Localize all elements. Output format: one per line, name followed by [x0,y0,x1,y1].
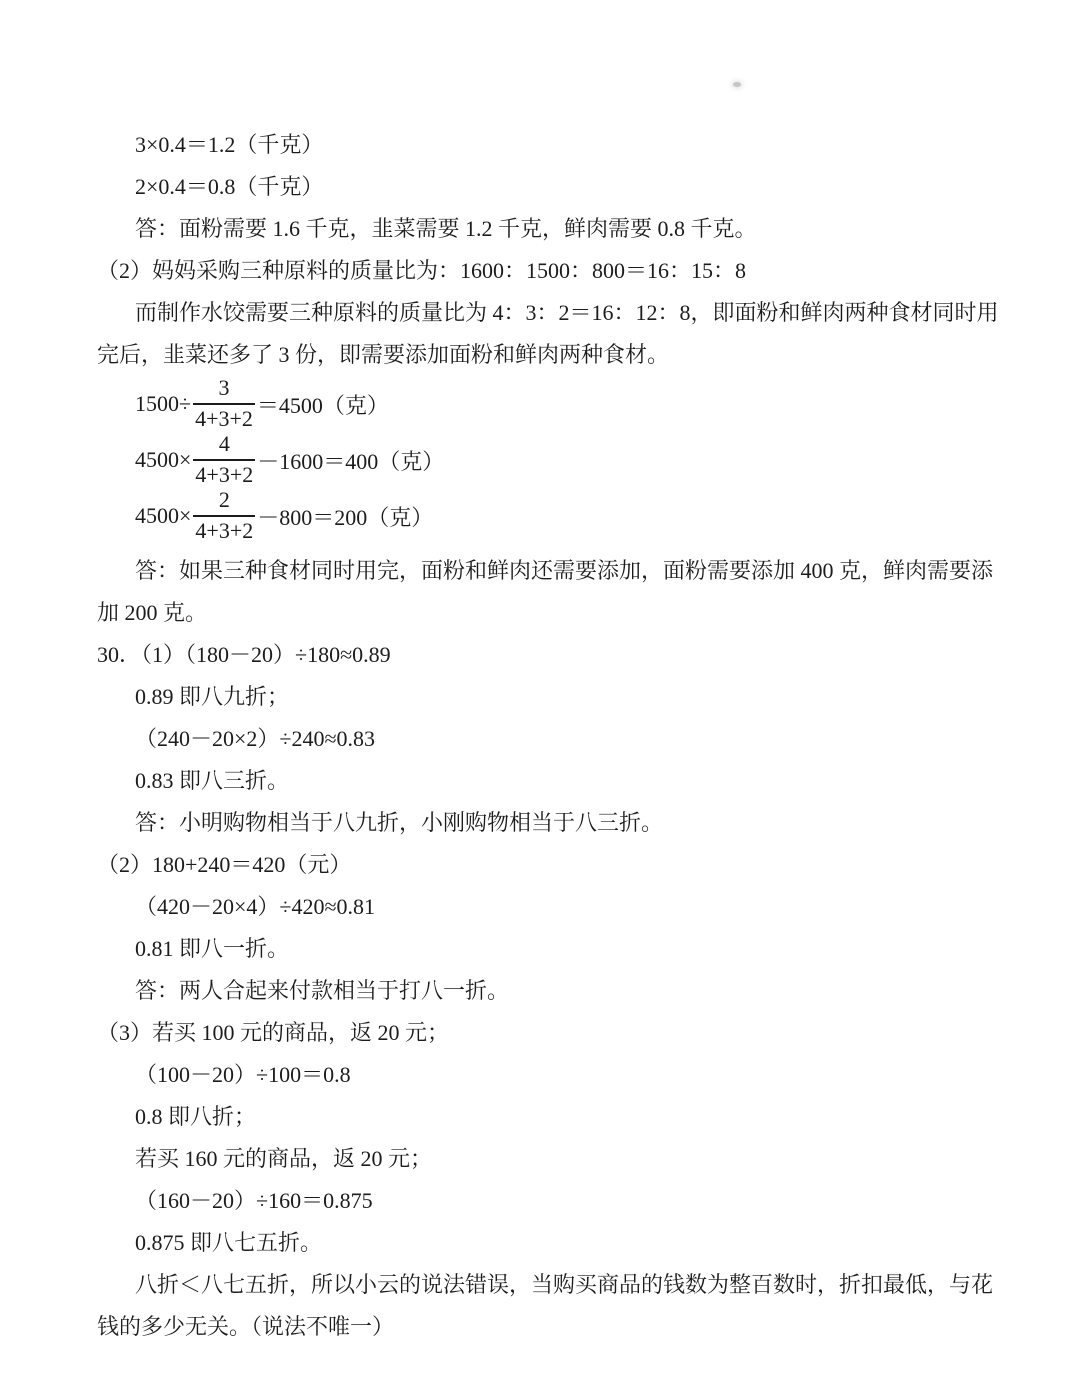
equation-prefix: 4500× [135,503,191,529]
fraction-equation-line: 4500× 4 4+3+2 －1600＝400（克） [97,432,1022,488]
result-line: 0.875 即八七五折。 [97,1222,1022,1264]
fraction-equation-line: 4500× 2 4+3+2 －800＝200（克） [97,488,1022,544]
fraction-denominator: 4+3+2 [193,405,255,432]
equation-line: （160－20）÷160＝0.875 [97,1180,1022,1222]
equation-prefix: 1500÷ [135,391,191,417]
fraction: 4 4+3+2 [193,432,255,487]
fraction: 2 4+3+2 [193,488,255,543]
fraction-equation-line: 1500÷ 3 4+3+2 ＝4500（克） [97,376,1022,432]
condition-line: 若买 160 元的商品，返 20 元； [97,1138,1022,1180]
equation-line: 2×0.4＝0.8（千克） [97,166,1022,208]
result-line: 0.83 即八三折。 [97,760,1022,802]
answer-sheet-page: 3×0.4＝1.2（千克） 2×0.4＝0.8（千克） 答：面粉需要 1.6 千… [0,0,1080,1394]
fraction-denominator: 4+3+2 [193,461,255,488]
result-line: 0.89 即八九折； [97,676,1022,718]
equation-suffix: ＝4500（克） [257,389,389,420]
answer-line: 答：小明购物相当于八九折，小刚购物相当于八三折。 [97,802,1022,844]
conclusion-line: 八折＜八七五折，所以小云的说法错误，当购买商品的钱数为整百数时，折扣最低，与花 [97,1264,1022,1306]
subquestion-line: （2）180+240＝420（元） [97,844,1022,886]
answer-line: 答：如果三种食材同时用完，面粉和鲜肉还需要添加，面粉需要添加 400 克，鲜肉需… [97,550,1022,592]
fraction-numerator: 2 [193,488,255,517]
equation-suffix: －800＝200（克） [257,501,433,532]
fraction: 3 4+3+2 [193,376,255,431]
equation-line: （240－20×2）÷240≈0.83 [97,718,1022,760]
equation-line: （420－20×4）÷420≈0.81 [97,886,1022,928]
scan-artifact-dot [733,82,741,87]
document-body: 3×0.4＝1.2（千克） 2×0.4＝0.8（千克） 答：面粉需要 1.6 千… [97,124,1022,1348]
answer-line-continued: 加 200 克。 [97,592,1022,634]
equation-prefix: 4500× [135,447,191,473]
question-number-line: 30．（1）（180－20）÷180≈0.89 [97,634,1022,676]
answer-line: 答：两人合起来付款相当于打八一折。 [97,970,1022,1012]
equation-suffix: －1600＝400（克） [257,445,444,476]
result-line: 0.81 即八一折。 [97,928,1022,970]
answer-line: 答：面粉需要 1.6 千克，韭菜需要 1.2 千克，鲜肉需要 0.8 千克。 [97,208,1022,250]
equation-line: 3×0.4＝1.2（千克） [97,124,1022,166]
result-line: 0.8 即八折； [97,1096,1022,1138]
fraction-denominator: 4+3+2 [193,517,255,544]
explanation-line: 而制作水饺需要三种原料的质量比为 4：3：2＝16：12：8，即面粉和鲜肉两种食… [97,292,1022,334]
fraction-numerator: 4 [193,432,255,461]
explanation-line-continued: 完后，韭菜还多了 3 份，即需要添加面粉和鲜肉两种食材。 [97,334,1022,376]
subquestion-line: （2）妈妈采购三种原料的质量比为：1600：1500：800＝16：15：8 [97,250,1022,292]
fraction-numerator: 3 [193,376,255,405]
equation-line: （100－20）÷100＝0.8 [97,1054,1022,1096]
conclusion-line-continued: 钱的多少无关。（说法不唯一） [97,1306,1022,1348]
subquestion-line: （3）若买 100 元的商品，返 20 元； [97,1012,1022,1054]
